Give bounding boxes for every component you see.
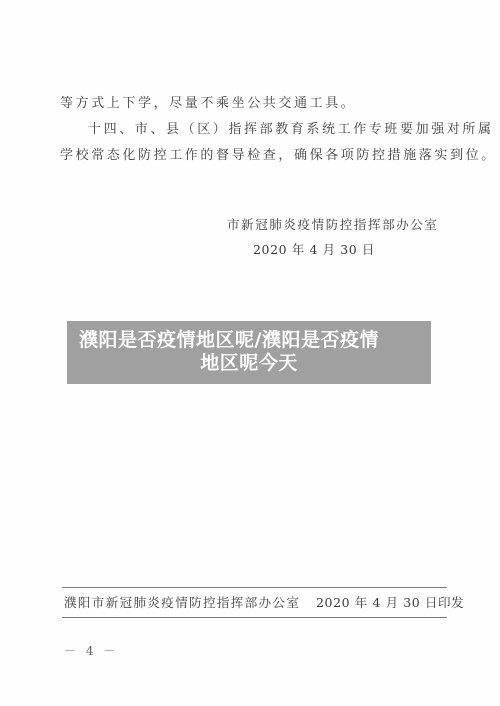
footer-divider-top xyxy=(62,587,447,588)
body-text-line: 十四、市、县（区）指挥部教育系统工作专班要加强对所属 xyxy=(88,122,494,138)
page-number: － 4 － xyxy=(64,642,118,659)
footer-issuer: 濮阳市新冠肺炎疫情防控指挥部办公室 xyxy=(64,595,300,611)
body-text-line: 等方式上下学，尽量不乘坐公共交通工具。 xyxy=(60,96,356,112)
footer-divider-bottom xyxy=(62,617,447,618)
banner-title-line-2: 地区呢今天 xyxy=(67,352,431,375)
signature-date: 2020 年 4 月 30 日 xyxy=(253,242,375,258)
banner-title-line-1: 濮阳是否疫情地区呢/濮阳是否疫情 xyxy=(67,329,431,352)
banner-title: 濮阳是否疫情地区呢/濮阳是否疫情 地区呢今天 xyxy=(67,329,431,375)
body-text-line: 学校常态化防控工作的督导检查，确保各项防控措施落实到位。 xyxy=(60,148,497,164)
title-overlay-banner: 濮阳是否疫情地区呢/濮阳是否疫情 地区呢今天 xyxy=(67,321,431,384)
footer-issue-date: 2020 年 4 月 30 日印发 xyxy=(316,595,464,611)
signature-organization: 市新冠肺炎疫情防控指挥部办公室 xyxy=(227,217,439,233)
